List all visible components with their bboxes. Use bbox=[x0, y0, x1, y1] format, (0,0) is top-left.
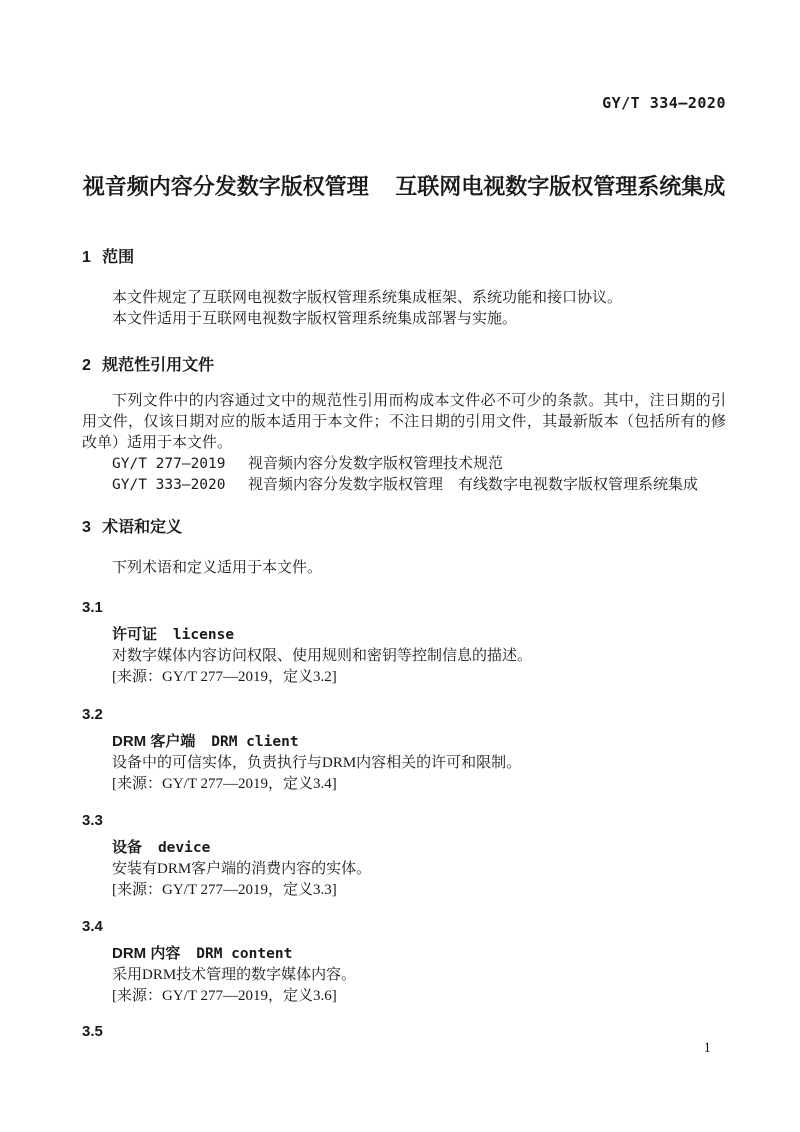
term-source: [来源：GY/T 277—2019，定义3.2] bbox=[112, 667, 726, 688]
standard-document-page: GY/T 334—2020 视音频内容分发数字版权管理互联网电视数字版权管理系统… bbox=[0, 0, 800, 1132]
term-name: 设备device bbox=[112, 837, 726, 859]
scope-paragraph: 本文件适用于互联网电视数字版权管理系统集成部署与实施。 bbox=[82, 309, 726, 330]
section-terms-definitions: 3术语和定义 下列术语和定义适用于本文件。 3.1 许可证license 对数字… bbox=[82, 517, 726, 1042]
section-terms-heading: 3术语和定义 bbox=[82, 517, 726, 539]
reference-code: GY/T 277—2019 bbox=[112, 456, 226, 472]
reference-title: 视音频内容分发数字版权管理技术规范 bbox=[248, 456, 503, 472]
section-refs-number: 2 bbox=[82, 357, 91, 374]
reference-item: GY/T 277—2019视音频内容分发数字版权管理技术规范 bbox=[82, 454, 726, 475]
term-entry-3-3: 3.3 设备device 安装有DRM客户端的消费内容的实体。 [来源：GY/T… bbox=[82, 810, 726, 901]
doc-number-header: GY/T 334—2020 bbox=[82, 94, 726, 112]
term-number: 3.1 bbox=[82, 597, 726, 618]
reference-code: GY/T 333—2020 bbox=[112, 477, 226, 493]
term-name: DRM 客户端DRM client bbox=[112, 731, 726, 753]
section-scope-title: 范围 bbox=[102, 249, 134, 266]
section-terms-number: 3 bbox=[82, 519, 91, 536]
term-entry-3-4: 3.4 DRM 内容DRM content 采用DRM技术管理的数字媒体内容。 … bbox=[82, 916, 726, 1007]
term-number: 3.5 bbox=[82, 1021, 726, 1042]
section-normative-references: 2规范性引用文件 下列文件中的内容通过文中的规范性引用而构成本文件必不可少的条款… bbox=[82, 355, 726, 496]
term-definition: 设备中的可信实体，负责执行与DRM内容相关的许可和限制。 bbox=[112, 753, 726, 774]
term-name-zh: DRM 内容 bbox=[112, 945, 180, 962]
term-entry-3-2: 3.2 DRM 客户端DRM client 设备中的可信实体，负责执行与DRM内… bbox=[82, 704, 726, 795]
term-name-zh: 许可证 bbox=[112, 626, 157, 643]
term-number: 3.3 bbox=[82, 810, 726, 831]
term-definition: 安装有DRM客户端的消费内容的实体。 bbox=[112, 859, 726, 880]
document-title-left: 视音频内容分发数字版权管理 bbox=[83, 174, 369, 199]
term-definition: 采用DRM技术管理的数字媒体内容。 bbox=[112, 965, 726, 986]
scope-paragraph: 本文件规定了互联网电视数字版权管理系统集成框架、系统功能和接口协议。 bbox=[82, 288, 726, 309]
term-source: [来源：GY/T 277—2019，定义3.3] bbox=[112, 880, 726, 901]
section-scope-heading: 1范围 bbox=[82, 247, 726, 269]
term-name-zh: 设备 bbox=[112, 839, 142, 856]
term-entry-3-1: 3.1 许可证license 对数字媒体内容访问权限、使用规则和密钥等控制信息的… bbox=[82, 597, 726, 688]
term-entry-3-5: 3.5 bbox=[82, 1021, 726, 1042]
section-scope-number: 1 bbox=[82, 249, 91, 266]
document-title: 视音频内容分发数字版权管理互联网电视数字版权管理系统集成 bbox=[82, 172, 726, 202]
section-refs-heading: 2规范性引用文件 bbox=[82, 355, 726, 377]
page-number: 1 bbox=[704, 1040, 712, 1056]
term-source: [来源：GY/T 277—2019，定义3.6] bbox=[112, 986, 726, 1007]
terms-intro-paragraph: 下列术语和定义适用于本文件。 bbox=[82, 558, 726, 579]
term-name: DRM 内容DRM content bbox=[112, 943, 726, 965]
term-definition: 对数字媒体内容访问权限、使用规则和密钥等控制信息的描述。 bbox=[112, 646, 726, 667]
refs-intro-paragraph: 下列文件中的内容通过文中的规范性引用而构成本文件必不可少的条款。其中，注日期的引… bbox=[82, 391, 726, 454]
term-number: 3.2 bbox=[82, 704, 726, 725]
term-name-en: DRM client bbox=[211, 734, 298, 750]
term-number: 3.4 bbox=[82, 916, 726, 937]
term-body: DRM 内容DRM content 采用DRM技术管理的数字媒体内容。 [来源：… bbox=[82, 943, 726, 1007]
term-body: 许可证license 对数字媒体内容访问权限、使用规则和密钥等控制信息的描述。 … bbox=[82, 624, 726, 688]
term-name-en: device bbox=[158, 840, 210, 856]
reference-item: GY/T 333—2020视音频内容分发数字版权管理 有线数字电视数字版权管理系… bbox=[82, 475, 726, 496]
reference-title: 视音频内容分发数字版权管理 有线数字电视数字版权管理系统集成 bbox=[248, 477, 698, 493]
document-title-right: 互联网电视数字版权管理系统集成 bbox=[395, 174, 725, 199]
term-name-en: license bbox=[173, 627, 234, 643]
term-name: 许可证license bbox=[112, 624, 726, 646]
section-terms-title: 术语和定义 bbox=[102, 519, 182, 536]
term-body: DRM 客户端DRM client 设备中的可信实体，负责执行与DRM内容相关的… bbox=[82, 731, 726, 795]
term-name-zh: DRM 客户端 bbox=[112, 733, 195, 750]
term-name-en: DRM content bbox=[196, 946, 292, 962]
section-scope: 1范围 本文件规定了互联网电视数字版权管理系统集成框架、系统功能和接口协议。 本… bbox=[82, 247, 726, 330]
term-source: [来源：GY/T 277—2019，定义3.4] bbox=[112, 774, 726, 795]
term-body: 设备device 安装有DRM客户端的消费内容的实体。 [来源：GY/T 277… bbox=[82, 837, 726, 901]
section-refs-title: 规范性引用文件 bbox=[102, 357, 214, 374]
